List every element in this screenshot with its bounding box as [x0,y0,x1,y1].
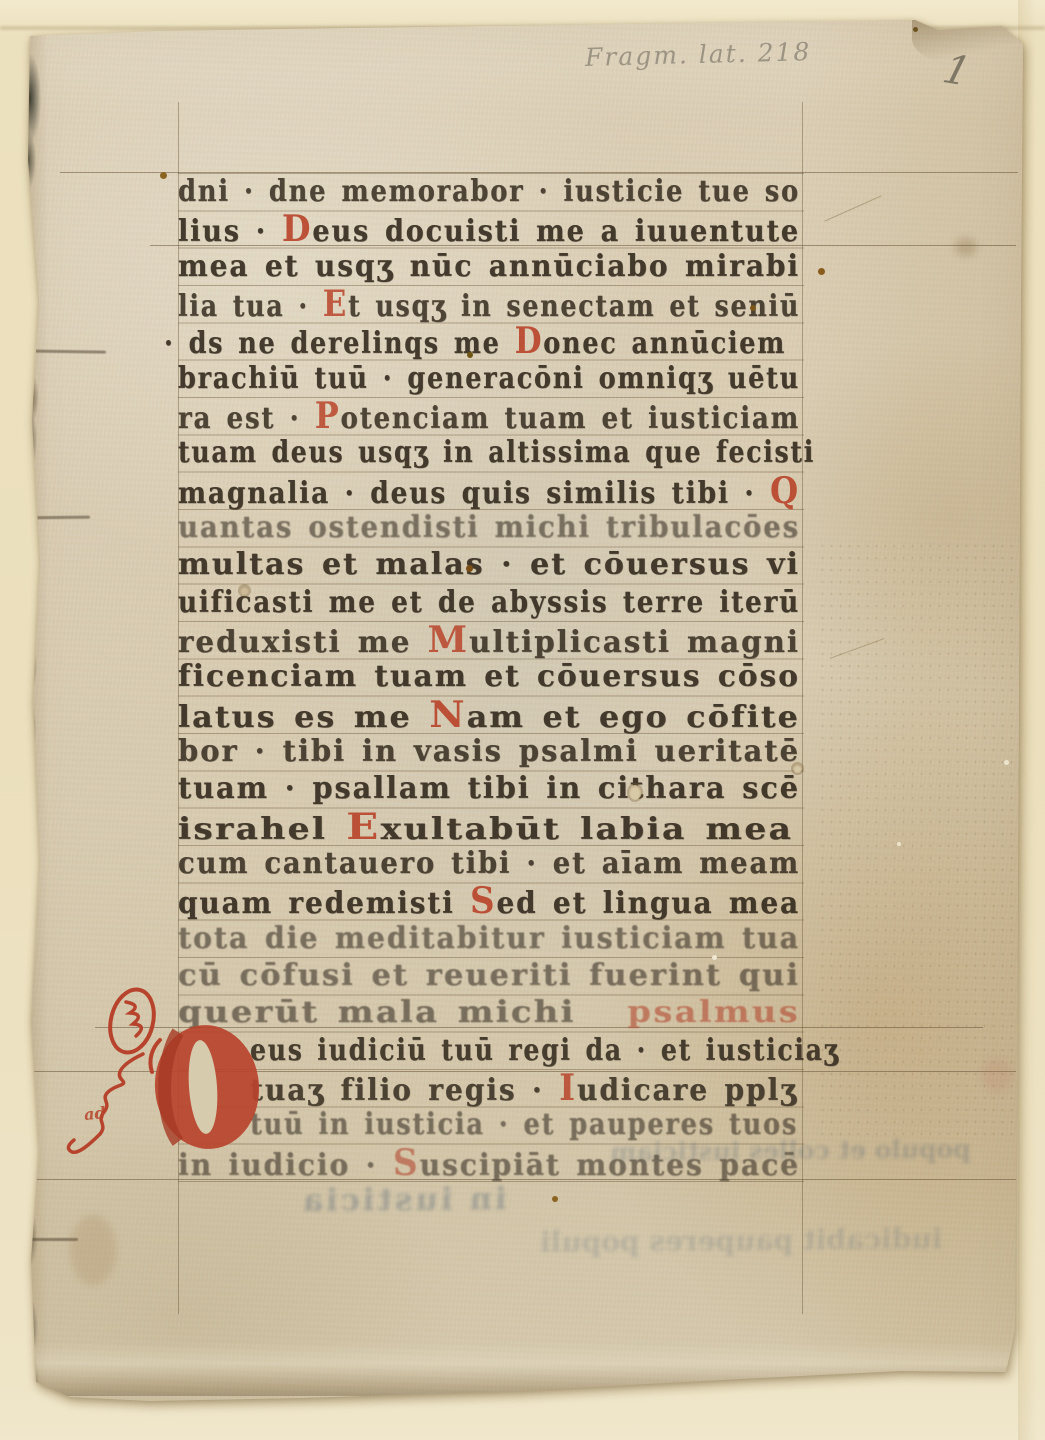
parchment-leaf: populo et colles iusticiam in iusticia i… [0,0,1045,1440]
parchment-leaf-wrapper: populo et colles iusticiam in iusticia i… [0,0,1045,1440]
manuscript-photo: { "photo": { "shelfmark_inscription": "F… [0,0,1045,1440]
edge-shading [0,0,1045,1440]
